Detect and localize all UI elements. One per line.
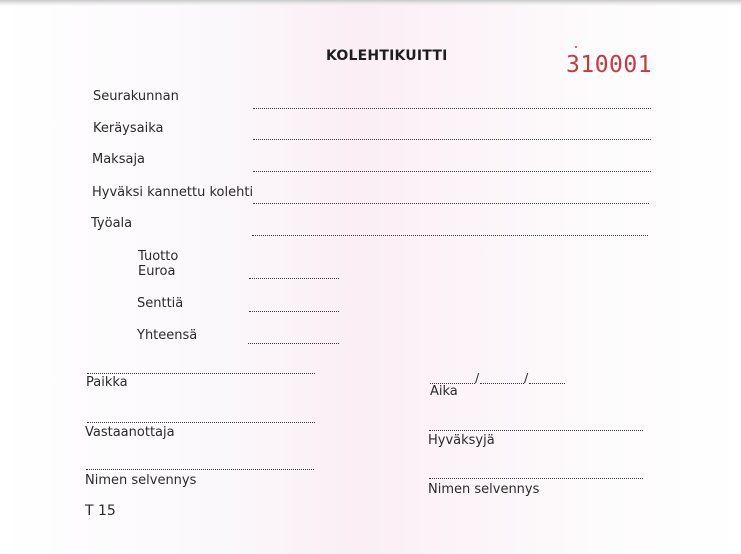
vastaanottaja-input[interactable] (87, 422, 315, 423)
paikka-label: Paikka (86, 375, 128, 390)
paper-top-edge (0, 0, 741, 6)
nimen-selvennys-left-label: Nimen selvennys (85, 473, 196, 488)
nimen-selvennys-left-input[interactable] (86, 469, 314, 470)
date-year-input[interactable] (529, 383, 565, 384)
field-label-seurakunnan: Seurakunnan (93, 89, 179, 104)
field-input-maksaja[interactable] (253, 171, 651, 172)
date-month-input[interactable] (480, 383, 524, 384)
serial-number: 310001 (566, 52, 652, 78)
field-input-keraysaika[interactable] (253, 139, 651, 140)
field-input-tyoala[interactable] (252, 235, 648, 236)
form-title: KOLEHTIKUITTI (326, 48, 448, 64)
paikka-input[interactable] (87, 373, 315, 374)
proceeds-label-senttia: Senttiä (137, 296, 183, 311)
nimen-selvennys-right-input[interactable] (429, 478, 643, 479)
proceeds-input-senttia[interactable] (249, 311, 339, 312)
nimen-selvennys-right-label: Nimen selvennys (428, 482, 539, 497)
date-separator: / (524, 370, 528, 385)
proceeds-heading: Tuotto (138, 249, 178, 264)
serial-mark (575, 46, 577, 48)
aika-label: Aika (430, 384, 458, 399)
form-code: T 15 (85, 503, 116, 519)
field-label-maksaja: Maksaja (92, 152, 145, 167)
vastaanottaja-label: Vastaanottaja (85, 425, 175, 440)
field-label-keraysaika: Keräysaika (93, 121, 164, 136)
proceeds-input-yhteensa[interactable] (248, 343, 339, 344)
field-label-hyvaksi-kannettu-kolehti: Hyväksi kannettu kolehti (92, 185, 253, 200)
proceeds-label-yhteensa: Yhteensä (137, 328, 197, 343)
hyvaksyja-label: Hyväksyjä (428, 433, 495, 448)
proceeds-input-euroa[interactable] (249, 278, 339, 279)
proceeds-label-euroa: Euroa (138, 264, 175, 279)
date-separator: / (475, 370, 479, 385)
field-label-tyoala: Työala (91, 216, 132, 231)
hyvaksyja-input[interactable] (429, 430, 643, 431)
field-input-seurakunnan[interactable] (253, 108, 651, 109)
field-input-hyvaksi-kannettu-kolehti[interactable] (253, 203, 649, 204)
